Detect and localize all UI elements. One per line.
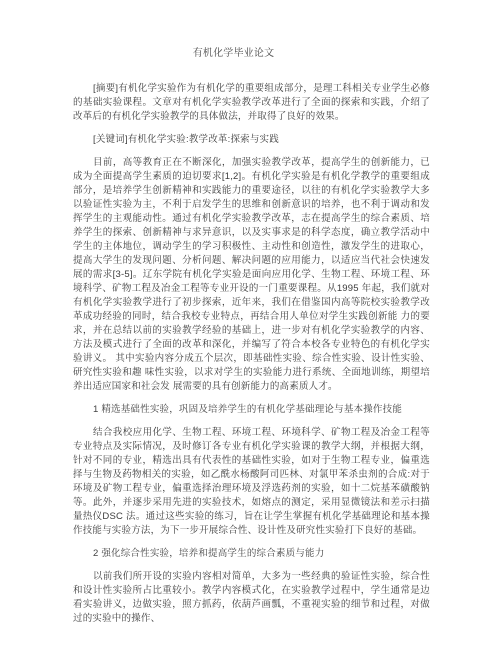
- section-2-paragraph: 以前我们所开设的实验内容相对简单，大多为一些经典的验证性实验，综合性和设计性实验…: [73, 570, 430, 626]
- document-page: 有机化学毕业论文 [摘要]有机化学实验作为有机化学的重要组成部分，是理工科相关专…: [0, 0, 500, 647]
- document-title: 有机化学毕业论文: [73, 47, 394, 61]
- keywords-line: [关键词]有机化学实验:教学改革:探索与实践: [73, 133, 430, 147]
- abstract-paragraph: [摘要]有机化学实验作为有机化学的重要组成部分，是理工科相关专业学生必修的基础实…: [73, 82, 430, 124]
- section-1-heading: 1 精选基础性实验，巩固及培养学生的有机化学基础理论与基本操作技能: [73, 403, 430, 417]
- section-2-heading: 2 强化综合性实验，培养和提高学生的综合素质与能力: [73, 547, 430, 561]
- intro-paragraph: 目前，高等教育正在不断深化，加强实验教学改革，提高学生的创新能力，已成为全面提高…: [73, 156, 430, 394]
- document-body: 有机化学毕业论文 [摘要]有机化学实验作为有机化学的重要组成部分，是理工科相关专…: [0, 0, 500, 626]
- section-1-paragraph: 结合我校应用化学、生物工程、环境工程、环境科学、矿物工程及冶金工程等专业特点及实…: [73, 426, 430, 538]
